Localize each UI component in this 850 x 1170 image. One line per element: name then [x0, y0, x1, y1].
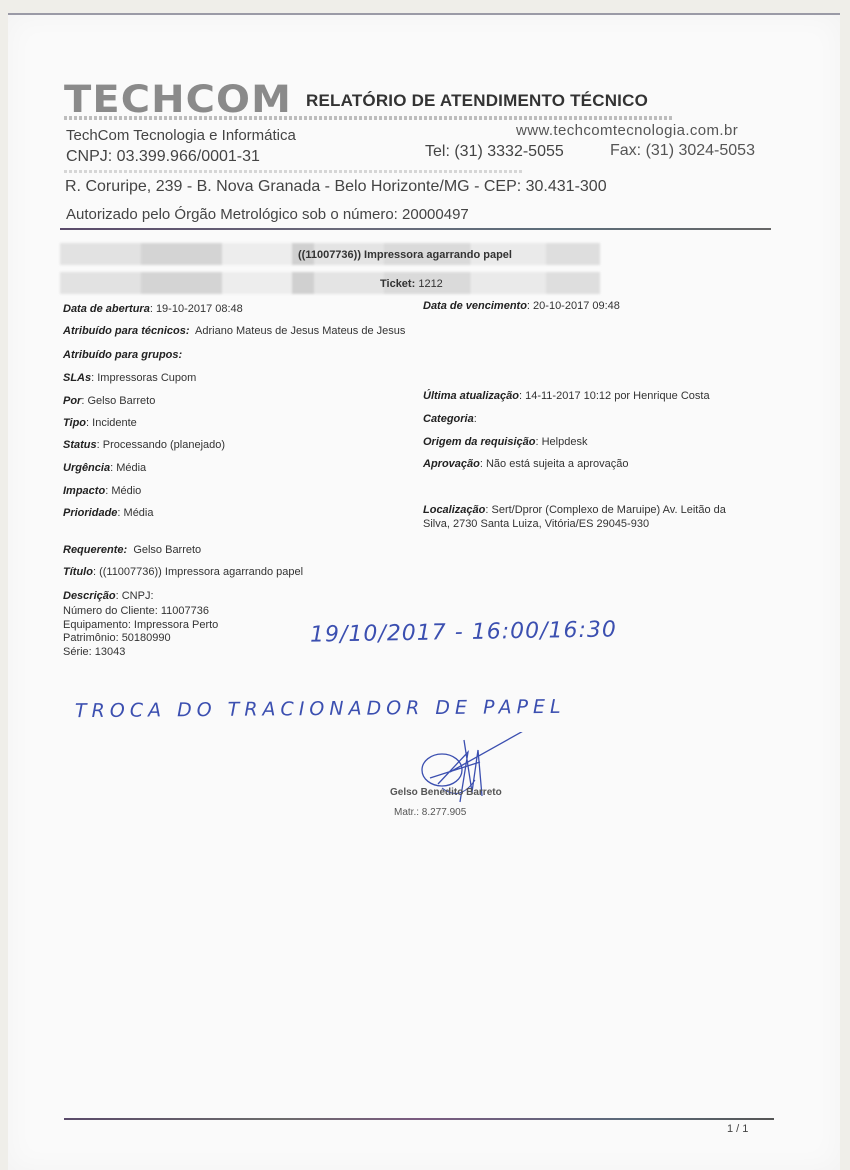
- field-by: Por: Gelso Barreto: [63, 395, 155, 407]
- field-requester: Requerente: Gelso Barreto: [63, 544, 201, 556]
- company-fax: Fax: (31) 3024-5053: [610, 142, 755, 160]
- description-line: Patrimônio: 50180990: [63, 632, 218, 646]
- page-number: 1 / 1: [727, 1123, 748, 1135]
- field-impact: Impacto: Médio: [63, 485, 141, 497]
- company-cnpj: CNPJ: 03.399.966/0001-31: [66, 148, 260, 166]
- stamp-name: Gelso Benedito Barreto: [390, 783, 502, 803]
- handwritten-service-note: TROCA DO TRACIONADOR DE PAPEL: [75, 696, 566, 722]
- field-last-update: Última atualização: 14-11-2017 10:12 por…: [423, 390, 710, 402]
- field-status: Status: Processando (planejado): [63, 439, 225, 451]
- report-title: RELATÓRIO DE ATENDIMENTO TÉCNICO: [306, 91, 648, 111]
- field-urgency: Urgência: Média: [63, 462, 146, 474]
- description-line: Equipamento: Impressora Perto: [63, 619, 218, 633]
- ticket-number-value: 1212: [418, 278, 442, 290]
- footer-rule: [64, 1118, 774, 1120]
- company-address: R. Coruripe, 239 - B. Nova Granada - Bel…: [65, 178, 607, 196]
- field-location: Localização: Sert/Dpror (Complexo de Mar…: [423, 503, 726, 531]
- field-opening-date: Data de abertura: 19-10-2017 08:48: [63, 303, 243, 315]
- field-priority: Prioridade: Média: [63, 507, 154, 519]
- ticket-number: Ticket: 1212: [380, 278, 443, 290]
- description-body: Número do Cliente: 11007736 Equipamento:…: [63, 605, 218, 659]
- ticket-label: Ticket:: [380, 278, 415, 290]
- field-due-date: Data de vencimento: 20-10-2017 09:48: [423, 300, 620, 312]
- company-website: www.techcomtecnologia.com.br: [516, 122, 738, 139]
- field-description: Descrição: CNPJ:: [63, 590, 154, 602]
- description-line: Número do Cliente: 11007736: [63, 605, 218, 619]
- field-category: Categoria:: [423, 413, 477, 425]
- dotted-divider: [64, 116, 674, 120]
- field-slas: SLAs: Impressoras Cupom: [63, 372, 196, 384]
- technician-stamp: Gelso Benedito Barreto Matr.: 8.277.905: [390, 783, 502, 823]
- header-rule: [60, 228, 771, 230]
- field-title: Título: ((11007736)) Impressora agarrand…: [63, 566, 303, 578]
- field-request-origin: Origem da requisição: Helpdesk: [423, 436, 587, 448]
- stamp-registration: Matr.: 8.277.905: [394, 803, 502, 823]
- ticket-title: ((11007736)) Impressora agarrando papel: [298, 249, 512, 261]
- field-type: Tipo: Incidente: [63, 417, 137, 429]
- company-phone: Tel: (31) 3332-5055: [425, 143, 564, 161]
- dotted-divider: [64, 170, 524, 173]
- handwritten-date-time: 19/10/2017 - 16:00/16:30: [310, 617, 617, 647]
- techcom-logo: TECHCOM: [64, 78, 292, 121]
- metrology-authorization: Autorizado pelo Órgão Metrológico sob o …: [66, 206, 469, 223]
- field-assigned-groups: Atribuído para grupos:: [63, 349, 182, 361]
- description-line: Série: 13043: [63, 646, 218, 660]
- field-assigned-technicians: Atribuído para técnicos: Adriano Mateus …: [63, 325, 405, 337]
- field-approval: Aprovação: Não está sujeita a aprovação: [423, 458, 628, 470]
- company-name: TechCom Tecnologia e Informática: [66, 127, 296, 144]
- ticket-band: [60, 272, 600, 294]
